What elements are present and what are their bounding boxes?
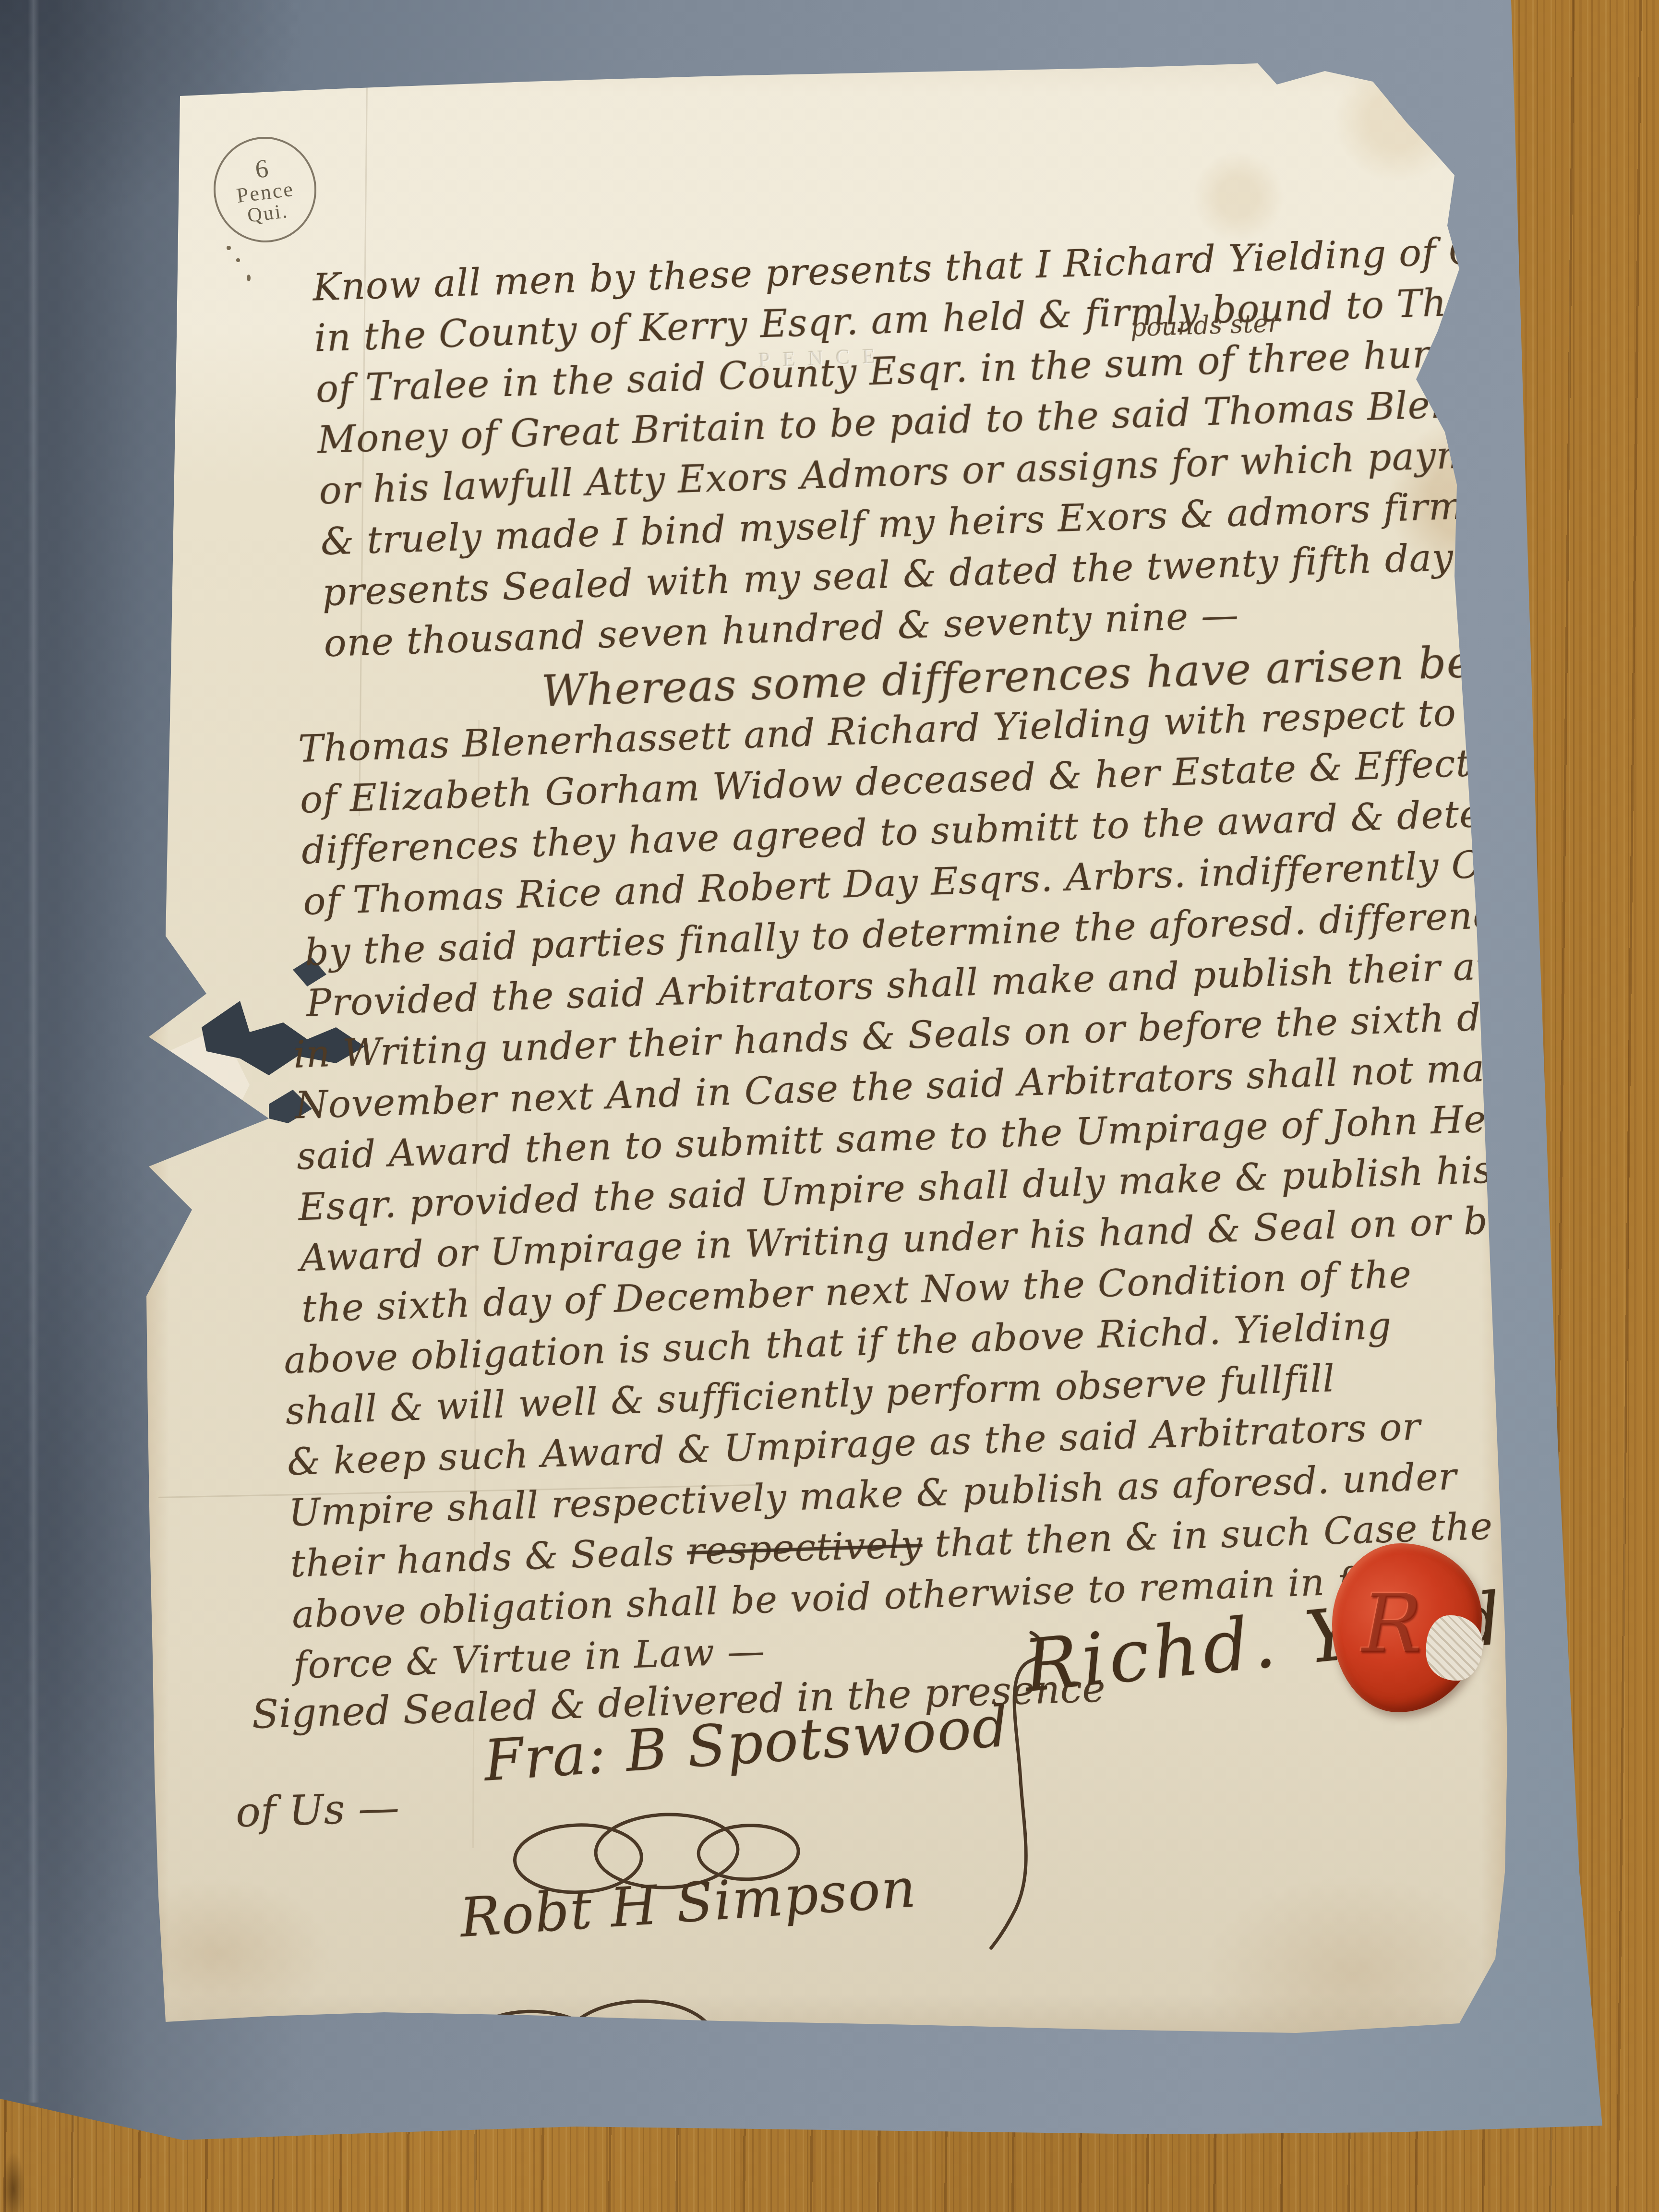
photograph-of-legal-bond: 6 Pence Qui. PENCE Know all men by these… <box>0 0 1659 2212</box>
interlineation: pounds ster <box>1130 309 1280 342</box>
attestation-line: of Us — <box>235 1784 400 1837</box>
manuscript-sheet: 6 Pence Qui. PENCE Know all men by these… <box>144 58 1512 2040</box>
body-text-lines: Know all men by these presents that I Ri… <box>230 228 1526 269</box>
backing-paper-fold <box>28 0 39 2103</box>
line-text: their hands & Seals <box>289 1530 687 1586</box>
handwritten-text-block: Know all men by these presents that I Ri… <box>230 228 1585 2140</box>
ink-dots <box>227 246 231 250</box>
ink-dots <box>236 258 240 262</box>
wax-seal-monogram: R <box>1362 1577 1423 1671</box>
six-pence-duty-stamp: 6 Pence Qui. <box>207 131 322 248</box>
struck-word: respectively <box>686 1523 923 1573</box>
stamp-qualifier: Qui. <box>246 201 289 226</box>
wax-seal-chip <box>1426 1615 1483 1681</box>
stamp-value: 6 <box>253 155 271 182</box>
